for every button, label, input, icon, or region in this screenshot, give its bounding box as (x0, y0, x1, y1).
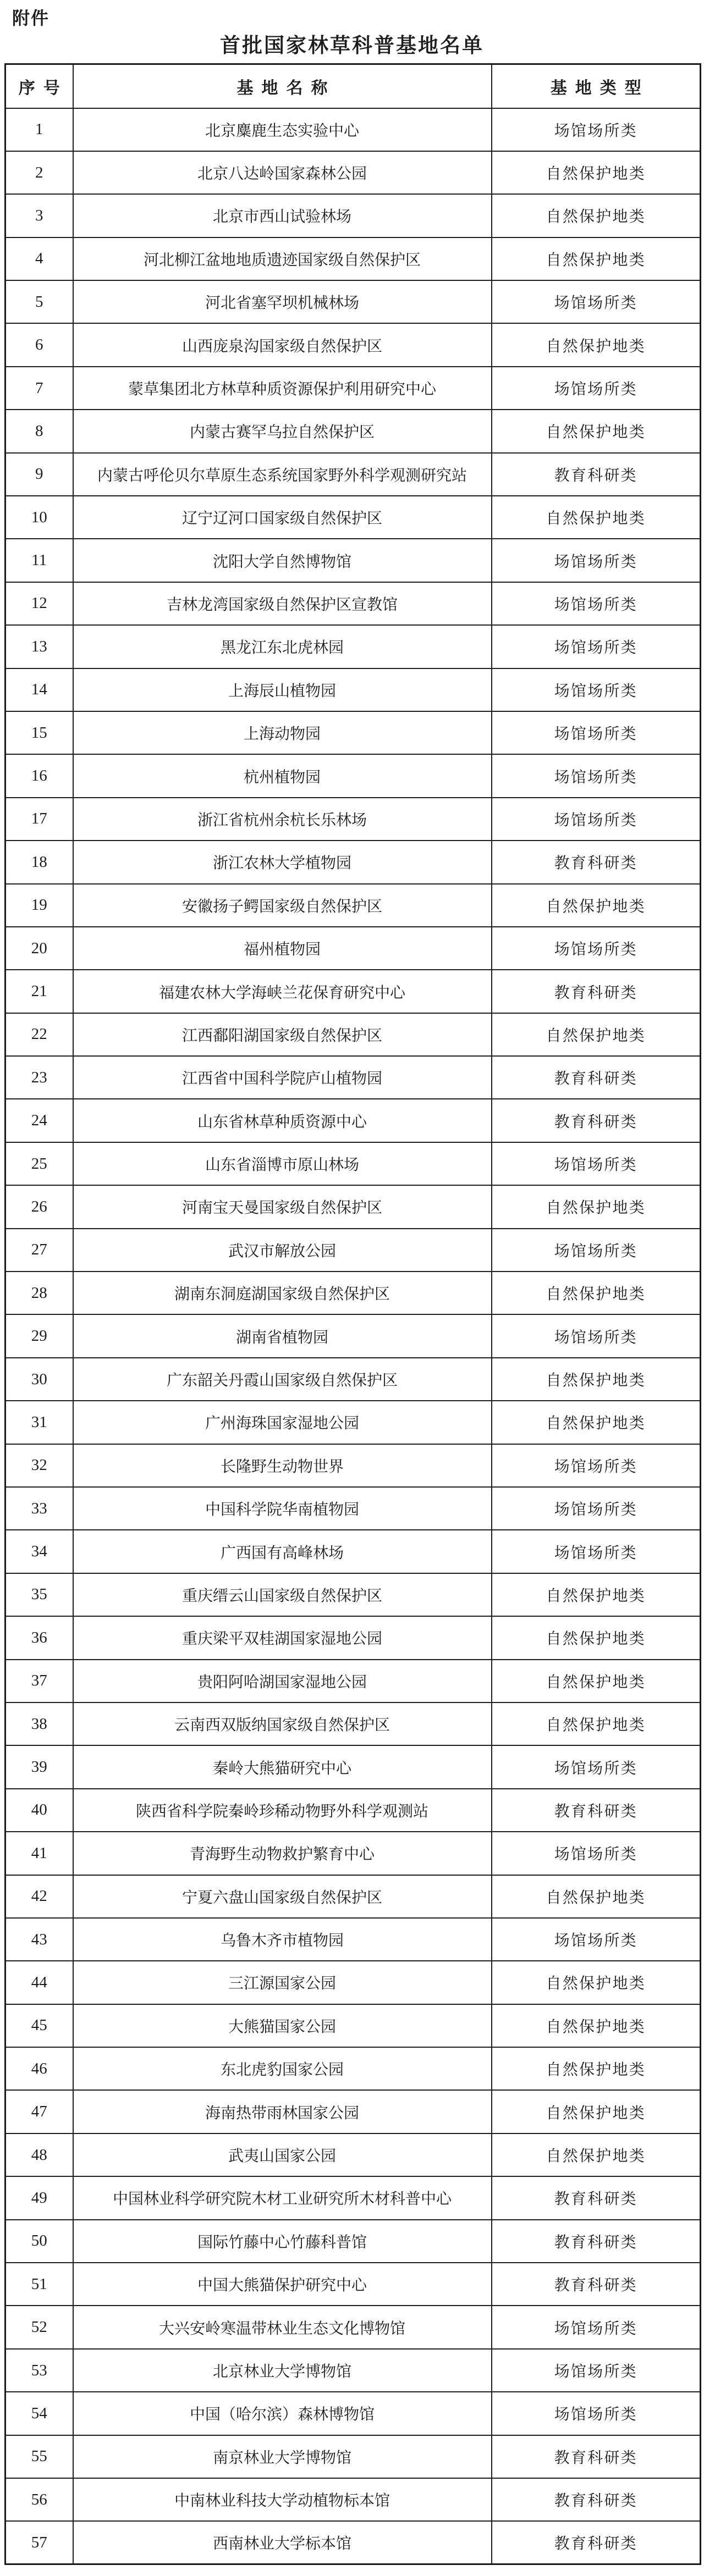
column-header-serial-number: 序号 (5, 64, 73, 108)
table-row: 29湖南省植物园场馆场所类 (5, 1314, 701, 1357)
base-table-body: 1北京麋鹿生态实验中心场馆场所类2北京八达岭国家森林公园自然保护地类3北京市西山… (5, 108, 701, 2564)
base-name-cell: 福州植物园 (73, 927, 492, 970)
base-type-cell: 场馆场所类 (492, 798, 701, 841)
table-row: 53北京林业大学博物馆场馆场所类 (5, 2349, 701, 2392)
base-name-cell: 武汉市解放公园 (73, 1229, 492, 1272)
base-name-cell: 内蒙古呼伦贝尔草原生态系统国家野外科学观测研究站 (73, 453, 492, 496)
base-name-cell: 湖南省植物园 (73, 1314, 492, 1357)
base-name-cell: 东北虎豹国家公园 (73, 2047, 492, 2090)
base-type-cell: 自然保护地类 (492, 1702, 701, 1745)
table-row: 41青海野生动物救护繁育中心场馆场所类 (5, 1832, 701, 1875)
attachment-label: 附件 (12, 4, 50, 30)
base-name-cell: 乌鲁木齐市植物园 (73, 1918, 492, 1961)
row-number-cell: 6 (5, 323, 73, 366)
base-name-cell: 上海辰山植物园 (73, 668, 492, 711)
row-number-cell: 32 (5, 1444, 73, 1487)
base-name-cell: 大熊猫国家公园 (73, 2004, 492, 2047)
row-number-cell: 56 (5, 2478, 73, 2521)
base-type-cell: 自然保护地类 (492, 884, 701, 927)
base-type-cell: 场馆场所类 (492, 367, 701, 410)
row-number-cell: 36 (5, 1616, 73, 1659)
base-name-cell: 湖南东洞庭湖国家级自然保护区 (73, 1272, 492, 1314)
row-number-cell: 46 (5, 2047, 73, 2090)
base-name-cell: 陕西省科学院秦岭珍稀动物野外科学观测站 (73, 1789, 492, 1832)
row-number-cell: 34 (5, 1530, 73, 1573)
row-number-cell: 35 (5, 1573, 73, 1616)
table-row: 52大兴安岭寒温带林业生态文化博物馆场馆场所类 (5, 2306, 701, 2348)
row-number-cell: 1 (5, 108, 73, 151)
row-number-cell: 2 (5, 151, 73, 194)
base-name-cell: 宁夏六盘山国家级自然保护区 (73, 1875, 492, 1918)
base-type-cell: 场馆场所类 (492, 1832, 701, 1875)
table-row: 28湖南东洞庭湖国家级自然保护区自然保护地类 (5, 1272, 701, 1314)
base-name-cell: 国际竹藤中心竹藤科普馆 (73, 2220, 492, 2263)
base-name-cell: 河北柳江盆地地质遗迹国家级自然保护区 (73, 237, 492, 280)
base-name-cell: 海南热带雨林国家公园 (73, 2090, 492, 2133)
base-type-cell: 自然保护地类 (492, 151, 701, 194)
row-number-cell: 41 (5, 1832, 73, 1875)
table-row: 57西南林业大学标本馆教育科研类 (5, 2521, 701, 2564)
base-name-cell: 蒙草集团北方林草种质资源保护利用研究中心 (73, 367, 492, 410)
table-row: 27武汉市解放公园场馆场所类 (5, 1229, 701, 1272)
table-row: 17浙江省杭州余杭长乐林场场馆场所类 (5, 798, 701, 841)
base-name-cell: 杭州植物园 (73, 754, 492, 797)
row-number-cell: 43 (5, 1918, 73, 1961)
row-number-cell: 25 (5, 1142, 73, 1185)
base-name-cell: 北京林业大学博物馆 (73, 2349, 492, 2392)
base-type-cell: 场馆场所类 (492, 2392, 701, 2435)
row-number-cell: 42 (5, 1875, 73, 1918)
row-number-cell: 5 (5, 280, 73, 323)
base-name-cell: 内蒙古赛罕乌拉自然保护区 (73, 410, 492, 452)
document-page: 附件 首批国家林草科普基地名单 序号 基地名称 基地类型 1北京麋鹿生态实验中心… (0, 0, 704, 2576)
table-row: 15上海动物园场馆场所类 (5, 711, 701, 754)
table-row: 35重庆缙云山国家级自然保护区自然保护地类 (5, 1573, 701, 1616)
column-header-base-name: 基地名称 (73, 64, 492, 108)
base-type-cell: 自然保护地类 (492, 2047, 701, 2090)
row-number-cell: 50 (5, 2220, 73, 2263)
row-number-cell: 12 (5, 582, 73, 625)
table-row: 5河北省塞罕坝机械林场场馆场所类 (5, 280, 701, 323)
base-name-cell: 秦岭大熊猫研究中心 (73, 1745, 492, 1788)
base-name-cell: 西南林业大学标本馆 (73, 2521, 492, 2564)
base-type-cell: 教育科研类 (492, 1789, 701, 1832)
row-number-cell: 49 (5, 2176, 73, 2219)
base-name-cell: 南京林业大学博物馆 (73, 2435, 492, 2478)
base-type-cell: 教育科研类 (492, 841, 701, 883)
row-number-cell: 44 (5, 1961, 73, 2004)
row-number-cell: 47 (5, 2090, 73, 2133)
base-name-cell: 三江源国家公园 (73, 1961, 492, 2004)
table-row: 4河北柳江盆地地质遗迹国家级自然保护区自然保护地类 (5, 237, 701, 280)
table-row: 25山东省淄博市原山林场场馆场所类 (5, 1142, 701, 1185)
row-number-cell: 30 (5, 1358, 73, 1401)
base-name-cell: 重庆梁平双桂湖国家湿地公园 (73, 1616, 492, 1659)
base-name-cell: 沈阳大学自然博物馆 (73, 539, 492, 582)
table-row: 48武夷山国家公园自然保护地类 (5, 2133, 701, 2176)
base-name-cell: 河北省塞罕坝机械林场 (73, 280, 492, 323)
base-type-cell: 场馆场所类 (492, 1444, 701, 1487)
base-name-cell: 广州海珠国家湿地公园 (73, 1401, 492, 1444)
base-name-cell: 武夷山国家公园 (73, 2133, 492, 2176)
base-name-cell: 中国（哈尔滨）森林博物馆 (73, 2392, 492, 2435)
base-type-cell: 教育科研类 (492, 2478, 701, 2521)
row-number-cell: 7 (5, 367, 73, 410)
row-number-cell: 29 (5, 1314, 73, 1357)
base-type-cell: 自然保护地类 (492, 1961, 701, 2004)
row-number-cell: 23 (5, 1056, 73, 1099)
table-row: 18浙江农林大学植物园教育科研类 (5, 841, 701, 883)
base-name-cell: 江西鄱阳湖国家级自然保护区 (73, 1013, 492, 1056)
row-number-cell: 52 (5, 2306, 73, 2348)
table-row: 26河南宝天曼国家级自然保护区自然保护地类 (5, 1185, 701, 1228)
table-row: 55南京林业大学博物馆教育科研类 (5, 2435, 701, 2478)
table-row: 9内蒙古呼伦贝尔草原生态系统国家野外科学观测研究站教育科研类 (5, 453, 701, 496)
base-name-cell: 浙江农林大学植物园 (73, 841, 492, 883)
base-type-cell: 自然保护地类 (492, 1358, 701, 1401)
table-row: 2北京八达岭国家森林公园自然保护地类 (5, 151, 701, 194)
table-row: 31广州海珠国家湿地公园自然保护地类 (5, 1401, 701, 1444)
table-row: 51中国大熊猫保护研究中心教育科研类 (5, 2263, 701, 2306)
base-name-cell: 长隆野生动物世界 (73, 1444, 492, 1487)
table-row: 23江西省中国科学院庐山植物园教育科研类 (5, 1056, 701, 1099)
base-type-cell: 教育科研类 (492, 2176, 701, 2219)
base-type-cell: 自然保护地类 (492, 1013, 701, 1056)
base-name-cell: 吉林龙湾国家级自然保护区宣教馆 (73, 582, 492, 625)
base-type-cell: 场馆场所类 (492, 1745, 701, 1788)
table-row: 56中南林业科技大学动植物标本馆教育科研类 (5, 2478, 701, 2521)
base-type-cell: 自然保护地类 (492, 2004, 701, 2047)
base-type-cell: 教育科研类 (492, 1056, 701, 1099)
base-type-cell: 自然保护地类 (492, 237, 701, 280)
base-name-cell: 黑龙江东北虎林园 (73, 625, 492, 668)
row-number-cell: 9 (5, 453, 73, 496)
table-row: 40陕西省科学院秦岭珍稀动物野外科学观测站教育科研类 (5, 1789, 701, 1832)
table-header: 序号 基地名称 基地类型 (5, 64, 701, 108)
base-type-cell: 自然保护地类 (492, 1185, 701, 1228)
table-row: 32长隆野生动物世界场馆场所类 (5, 1444, 701, 1487)
row-number-cell: 8 (5, 410, 73, 452)
base-name-cell: 重庆缙云山国家级自然保护区 (73, 1573, 492, 1616)
base-name-cell: 贵阳阿哈湖国家湿地公园 (73, 1660, 492, 1702)
table-row: 12吉林龙湾国家级自然保护区宣教馆场馆场所类 (5, 582, 701, 625)
table-header-row: 序号 基地名称 基地类型 (5, 64, 701, 108)
base-name-cell: 大兴安岭寒温带林业生态文化博物馆 (73, 2306, 492, 2348)
base-name-cell: 北京八达岭国家森林公园 (73, 151, 492, 194)
base-name-cell: 山西庞泉沟国家级自然保护区 (73, 323, 492, 366)
base-type-cell: 场馆场所类 (492, 539, 701, 582)
base-type-cell: 场馆场所类 (492, 2349, 701, 2392)
table-row: 43乌鲁木齐市植物园场馆场所类 (5, 1918, 701, 1961)
base-name-cell: 中国林业科学研究院木材工业研究所木材科普中心 (73, 2176, 492, 2219)
row-number-cell: 17 (5, 798, 73, 841)
row-number-cell: 3 (5, 194, 73, 237)
base-type-cell: 自然保护地类 (492, 1875, 701, 1918)
table-row: 46东北虎豹国家公园自然保护地类 (5, 2047, 701, 2090)
row-number-cell: 37 (5, 1660, 73, 1702)
table-row: 6山西庞泉沟国家级自然保护区自然保护地类 (5, 323, 701, 366)
base-type-cell: 自然保护地类 (492, 194, 701, 237)
base-name-cell: 北京麋鹿生态实验中心 (73, 108, 492, 151)
base-name-cell: 福建农林大学海峡兰花保育研究中心 (73, 970, 492, 1013)
base-type-cell: 自然保护地类 (492, 496, 701, 539)
table-row: 13黑龙江东北虎林园场馆场所类 (5, 625, 701, 668)
row-number-cell: 26 (5, 1185, 73, 1228)
base-name-cell: 山东省淄博市原山林场 (73, 1142, 492, 1185)
table-row: 37贵阳阿哈湖国家湿地公园自然保护地类 (5, 1660, 701, 1702)
base-name-cell: 北京市西山试验林场 (73, 194, 492, 237)
base-type-cell: 自然保护地类 (492, 410, 701, 452)
table-row: 33中国科学院华南植物园场馆场所类 (5, 1487, 701, 1530)
base-type-cell: 自然保护地类 (492, 1660, 701, 1702)
table-row: 14上海辰山植物园场馆场所类 (5, 668, 701, 711)
row-number-cell: 22 (5, 1013, 73, 1056)
table-row: 47海南热带雨林国家公园自然保护地类 (5, 2090, 701, 2133)
table-row: 19安徽扬子鳄国家级自然保护区自然保护地类 (5, 884, 701, 927)
base-type-cell: 场馆场所类 (492, 1487, 701, 1530)
base-name-cell: 安徽扬子鳄国家级自然保护区 (73, 884, 492, 927)
row-number-cell: 15 (5, 711, 73, 754)
table-row: 30广东韶关丹霞山国家级自然保护区自然保护地类 (5, 1358, 701, 1401)
table-row: 24山东省林草种质资源中心教育科研类 (5, 1099, 701, 1142)
base-type-cell: 场馆场所类 (492, 1314, 701, 1357)
table-row: 16杭州植物园场馆场所类 (5, 754, 701, 797)
table-row: 49中国林业科学研究院木材工业研究所木材科普中心教育科研类 (5, 2176, 701, 2219)
row-number-cell: 4 (5, 237, 73, 280)
row-number-cell: 27 (5, 1229, 73, 1272)
table-row: 10辽宁辽河口国家级自然保护区自然保护地类 (5, 496, 701, 539)
row-number-cell: 33 (5, 1487, 73, 1530)
base-name-cell: 广西国有高峰林场 (73, 1530, 492, 1573)
table-row: 1北京麋鹿生态实验中心场馆场所类 (5, 108, 701, 151)
base-type-cell: 场馆场所类 (492, 280, 701, 323)
base-name-cell: 云南西双版纳国家级自然保护区 (73, 1702, 492, 1745)
row-number-cell: 21 (5, 970, 73, 1013)
base-type-cell: 自然保护地类 (492, 323, 701, 366)
base-type-cell: 自然保护地类 (492, 1573, 701, 1616)
table-row: 20福州植物园场馆场所类 (5, 927, 701, 970)
base-type-cell: 自然保护地类 (492, 2133, 701, 2176)
row-number-cell: 24 (5, 1099, 73, 1142)
base-type-cell: 场馆场所类 (492, 2306, 701, 2348)
column-header-base-type: 基地类型 (492, 64, 701, 108)
row-number-cell: 31 (5, 1401, 73, 1444)
base-name-cell: 青海野生动物救护繁育中心 (73, 1832, 492, 1875)
table-row: 44三江源国家公园自然保护地类 (5, 1961, 701, 2004)
table-row: 8内蒙古赛罕乌拉自然保护区自然保护地类 (5, 410, 701, 452)
base-type-cell: 教育科研类 (492, 2521, 701, 2564)
base-type-cell: 场馆场所类 (492, 668, 701, 711)
table-row: 50国际竹藤中心竹藤科普馆教育科研类 (5, 2220, 701, 2263)
table-row: 36重庆梁平双桂湖国家湿地公园自然保护地类 (5, 1616, 701, 1659)
base-type-cell: 自然保护地类 (492, 2090, 701, 2133)
row-number-cell: 40 (5, 1789, 73, 1832)
row-number-cell: 48 (5, 2133, 73, 2176)
row-number-cell: 38 (5, 1702, 73, 1745)
base-name-cell: 中南林业科技大学动植物标本馆 (73, 2478, 492, 2521)
table-row: 42宁夏六盘山国家级自然保护区自然保护地类 (5, 1875, 701, 1918)
table-row: 3北京市西山试验林场自然保护地类 (5, 194, 701, 237)
base-name-cell: 浙江省杭州余杭长乐林场 (73, 798, 492, 841)
base-type-cell: 场馆场所类 (492, 582, 701, 625)
base-type-cell: 场馆场所类 (492, 1142, 701, 1185)
base-type-cell: 场馆场所类 (492, 1530, 701, 1573)
base-type-cell: 场馆场所类 (492, 754, 701, 797)
row-number-cell: 16 (5, 754, 73, 797)
base-type-cell: 场馆场所类 (492, 108, 701, 151)
base-type-cell: 教育科研类 (492, 970, 701, 1013)
table-row: 21福建农林大学海峡兰花保育研究中心教育科研类 (5, 970, 701, 1013)
base-type-cell: 场馆场所类 (492, 927, 701, 970)
base-name-cell: 上海动物园 (73, 711, 492, 754)
base-type-cell: 场馆场所类 (492, 711, 701, 754)
row-number-cell: 10 (5, 496, 73, 539)
base-type-cell: 自然保护地类 (492, 1401, 701, 1444)
base-name-cell: 江西省中国科学院庐山植物园 (73, 1056, 492, 1099)
base-name-cell: 中国大熊猫保护研究中心 (73, 2263, 492, 2306)
row-number-cell: 18 (5, 841, 73, 883)
row-number-cell: 14 (5, 668, 73, 711)
row-number-cell: 51 (5, 2263, 73, 2306)
row-number-cell: 28 (5, 1272, 73, 1314)
base-type-cell: 教育科研类 (492, 1099, 701, 1142)
base-name-cell: 广东韶关丹霞山国家级自然保护区 (73, 1358, 492, 1401)
row-number-cell: 55 (5, 2435, 73, 2478)
base-type-cell: 教育科研类 (492, 2435, 701, 2478)
table-row: 22江西鄱阳湖国家级自然保护区自然保护地类 (5, 1013, 701, 1056)
page-title: 首批国家林草科普基地名单 (0, 29, 704, 58)
row-number-cell: 57 (5, 2521, 73, 2564)
row-number-cell: 13 (5, 625, 73, 668)
base-list-table: 序号 基地名称 基地类型 1北京麋鹿生态实验中心场馆场所类2北京八达岭国家森林公… (4, 63, 701, 2565)
row-number-cell: 54 (5, 2392, 73, 2435)
table-row: 38云南西双版纳国家级自然保护区自然保护地类 (5, 1702, 701, 1745)
base-type-cell: 场馆场所类 (492, 1918, 701, 1961)
base-type-cell: 自然保护地类 (492, 1272, 701, 1314)
table-row: 54中国（哈尔滨）森林博物馆场馆场所类 (5, 2392, 701, 2435)
base-type-cell: 教育科研类 (492, 2263, 701, 2306)
row-number-cell: 19 (5, 884, 73, 927)
base-name-cell: 中国科学院华南植物园 (73, 1487, 492, 1530)
table-row: 7蒙草集团北方林草种质资源保护利用研究中心场馆场所类 (5, 367, 701, 410)
base-type-cell: 教育科研类 (492, 453, 701, 496)
table-row: 11沈阳大学自然博物馆场馆场所类 (5, 539, 701, 582)
row-number-cell: 20 (5, 927, 73, 970)
row-number-cell: 45 (5, 2004, 73, 2047)
row-number-cell: 11 (5, 539, 73, 582)
row-number-cell: 53 (5, 2349, 73, 2392)
row-number-cell: 39 (5, 1745, 73, 1788)
table-row: 39秦岭大熊猫研究中心场馆场所类 (5, 1745, 701, 1788)
base-name-cell: 山东省林草种质资源中心 (73, 1099, 492, 1142)
base-name-cell: 辽宁辽河口国家级自然保护区 (73, 496, 492, 539)
table-row: 34广西国有高峰林场场馆场所类 (5, 1530, 701, 1573)
base-type-cell: 场馆场所类 (492, 625, 701, 668)
base-type-cell: 自然保护地类 (492, 1616, 701, 1659)
base-type-cell: 教育科研类 (492, 2220, 701, 2263)
base-name-cell: 河南宝天曼国家级自然保护区 (73, 1185, 492, 1228)
table-row: 45大熊猫国家公园自然保护地类 (5, 2004, 701, 2047)
base-type-cell: 场馆场所类 (492, 1229, 701, 1272)
